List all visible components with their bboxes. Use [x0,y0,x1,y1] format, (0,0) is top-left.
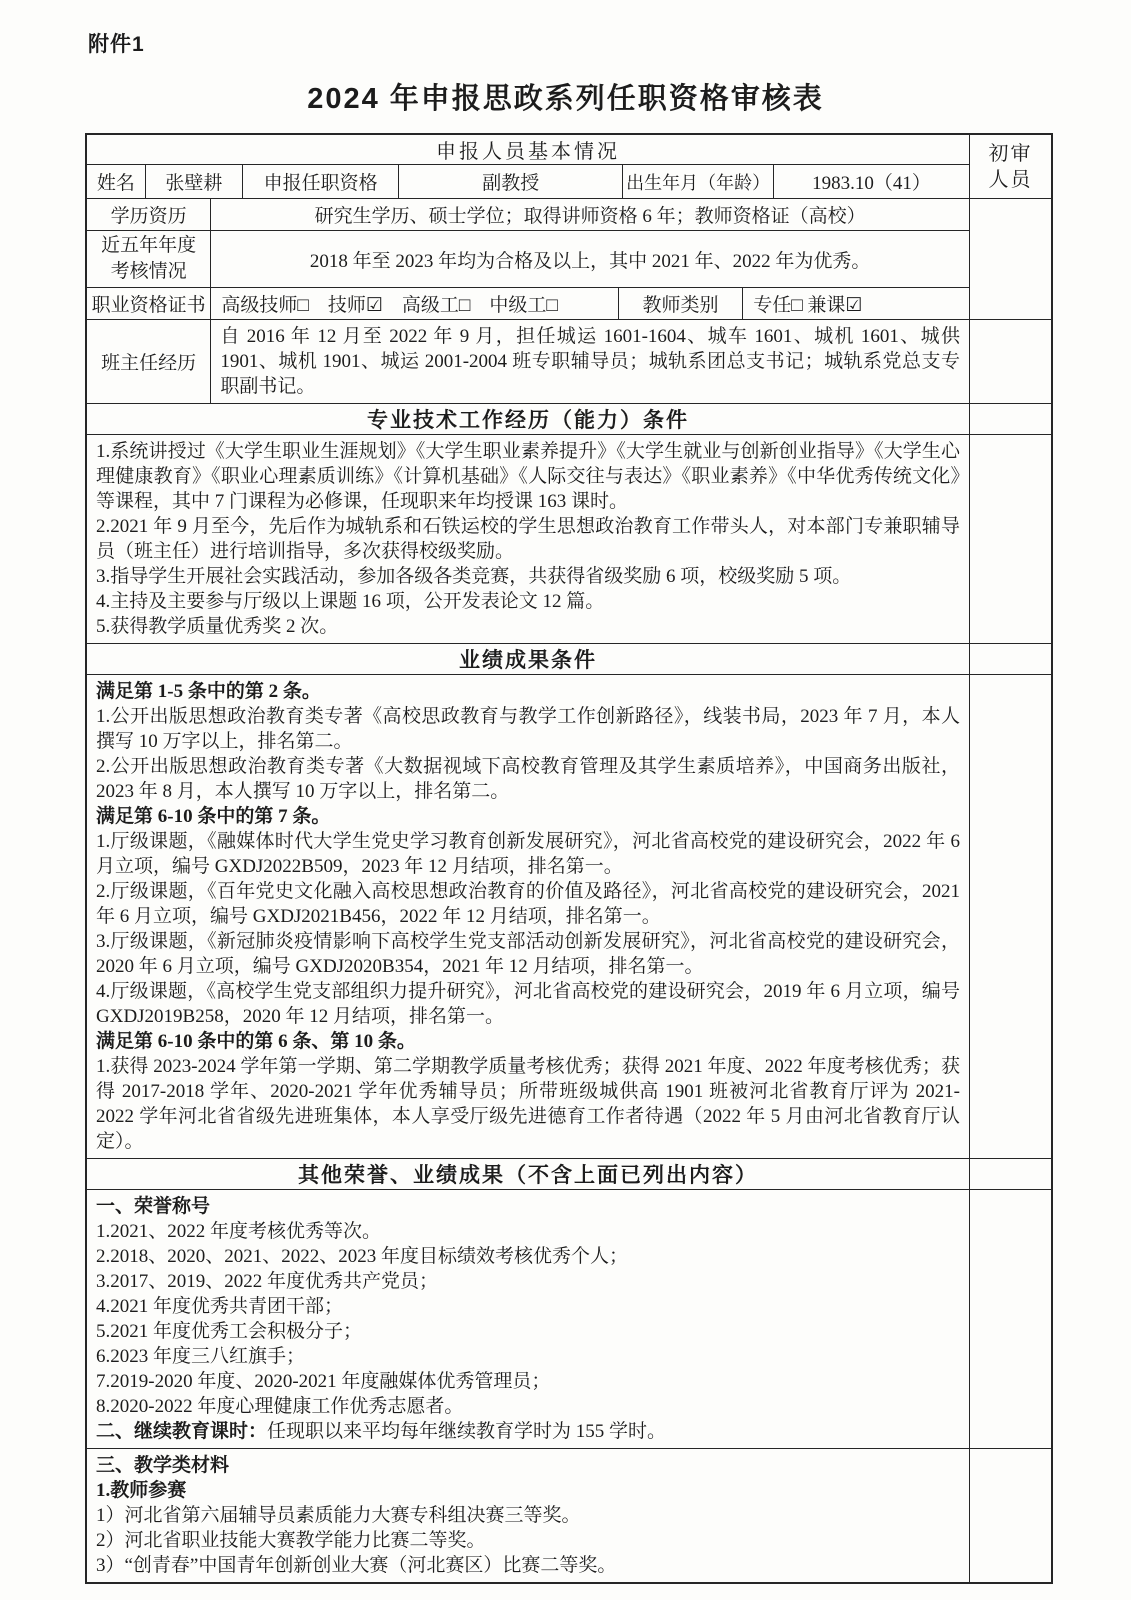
education-value: 研究生学历、硕士学位；取得讲师资格 6 年；教师资格证（高校） [211,199,969,230]
text-line: 三、教学类材料 [96,1453,960,1478]
text-line: 4.主持及主要参与厅级以上课题 16 项，公开发表论文 12 篇。 [96,589,960,614]
text-line: 满足第 6-10 条中的第 6 条、第 10 条。 [96,1029,960,1054]
name-label: 姓名 [87,165,146,198]
basic-info-header-row: 申报人员基本情况 [87,135,970,165]
text-line-bold-prefix: 二、继续教育课时： [96,1421,267,1442]
text-line: 3.指导学生开展社会实践活动，参加各级各类竞赛，共获得省级奖励 6 项，校级奖励… [96,564,960,589]
attachment-label: 附件1 [88,28,145,58]
certificate-label: 职业资格证书 [87,288,211,319]
text-line: 4.厅级课题，《高校学生党支部组织力提升研究》，河北省高校党的建设研究会，201… [96,979,960,1029]
text-line: 满足第 1-5 条中的第 2 条。 [96,679,960,704]
text-line: 3.2017、2019、2022 年度优秀共产党员； [96,1269,960,1294]
birth-date-label: 出生年月（年龄） [623,165,774,198]
text-line: 1.教师参赛 [96,1478,960,1503]
reviewer-label: 初审 人员 [989,141,1033,193]
text-line: 自 2016 年 12 月至 2022 年 9 月，担任城运 1601-1604… [220,324,960,399]
text-line: 8.2020-2022 年度心理健康工作优秀志愿者。 [96,1394,960,1419]
education-row: 学历资历 研究生学历、硕士学位；取得讲师资格 6 年；教师资格证（高校） [87,199,970,231]
apply-qualification-label: 申报任职资格 [243,165,399,198]
scanned-form-page: { "page": { "attachment": "附件1", "title"… [0,0,1131,1600]
other-honors-section-title: 其他荣誉、业绩成果（不含上面已列出内容） [87,1159,969,1189]
assessment-value: 2018 年至 2023 年均为合格及以上，其中 2021 年、2022 年为优… [211,231,969,287]
text-line: 2）河北省职业技能大赛教学能力比赛二等奖。 [96,1528,960,1553]
teacher-type-label: 教师类别 [619,288,743,319]
name-row: 姓名 张壁耕 申报任职资格 副教授 出生年月（年龄） 1983.10（41） [87,165,970,199]
text-line: 1.获得 2023-2024 学年第一学期、第二学期教学质量考核优秀；获得 20… [96,1054,960,1154]
education-label: 学历资历 [87,199,211,230]
text-line: 2.厅级课题，《百年党史文化融入高校思想政治教育的价值及路径》，河北省高校党的建… [96,879,960,929]
teacher-type-checkboxes: 专任□ 兼课☑ [743,288,969,319]
name-value: 张壁耕 [146,165,243,198]
other-honors-header-row: 其他荣誉、业绩成果（不含上面已列出内容） [87,1159,970,1190]
text-line: 5.获得教学质量优秀奖 2 次。 [96,614,960,639]
qualification-audit-table: 申报人员基本情况 姓名 张壁耕 申报任职资格 副教授 出生年月（年龄） 1983… [85,133,1053,1584]
honors-item-list: 一、荣誉称号1.2021、2022 年度考核优秀等次。2.2018、2020、2… [87,1190,969,1448]
achievements-header-row: 业绩成果条件 [87,644,970,675]
homeroom-row: 班主任经历 自 2016 年 12 月至 2022 年 9 月，担任城运 160… [87,320,970,404]
reviewer-empty-cell [970,644,1051,675]
text-line: 7.2019-2020 年度、2020-2021 年度融媒体优秀管理员； [96,1369,960,1394]
birth-date-value: 1983.10（41） [774,165,969,198]
reviewer-empty-cell [970,199,1051,320]
text-line: 5.2021 年度优秀工会积极分子； [96,1319,960,1344]
certificate-row: 职业资格证书 高级技师□ 技师☑ 高级工□ 中级工□ 教师类别 专任□ 兼课☑ [87,288,970,320]
text-line: 1.2021、2022 年度考核优秀等次。 [96,1219,960,1244]
reviewer-empty-cell [970,404,1051,435]
reviewer-empty-cell [970,1159,1051,1190]
text-line: 一、荣誉称号 [96,1194,960,1219]
homeroom-value: 自 2016 年 12 月至 2022 年 9 月，担任城运 1601-1604… [211,320,969,403]
reviewer-empty-cell [970,1449,1051,1582]
reviewer-empty-cell [970,1190,1051,1449]
apply-qualification-value: 副教授 [399,165,623,198]
text-line: 2.2018、2020、2021、2022、2023 年度目标绩效考核优秀个人； [96,1244,960,1269]
reviewer-empty-cell [970,320,1051,404]
reviewer-label-cell: 初审 人员 [970,135,1051,199]
professional-section-title: 专业技术工作经历（能力）条件 [87,404,969,434]
reviewer-empty-cell [970,675,1051,1159]
text-line: 4.2021 年度优秀共青团干部； [96,1294,960,1319]
professional-item-list: 1.系统讲授过《大学生职业生涯规划》《大学生职业素养提升》《大学生就业与创新创业… [87,435,969,643]
text-line: 3.厅级课题，《新冠肺炎疫情影响下高校学生党支部活动创新发展研究》，河北省高校党… [96,929,960,979]
assessment-label: 近五年年度 考核情况 [87,231,211,287]
text-line: 1.系统讲授过《大学生职业生涯规划》《大学生职业素养提升》《大学生就业与创新创业… [96,439,960,514]
achievements-section-title: 业绩成果条件 [87,644,969,674]
text-line: 2.2021 年 9 月至今，先后作为城轨系和石铁运校的学生思想政治教育工作带头… [96,514,960,564]
text-line: 1.厅级课题，《融媒体时代大学生党史学习教育创新发展研究》，河北省高校党的建设研… [96,829,960,879]
text-line: 2.公开出版思想政治教育类专著《大数据视域下高校教育管理及其学生素质培养》，中国… [96,754,960,804]
achievements-item-list: 满足第 1-5 条中的第 2 条。1.公开出版思想政治教育类专著《高校思政教育与… [87,675,969,1158]
professional-content-row: 1.系统讲授过《大学生职业生涯规划》《大学生职业素养提升》《大学生就业与创新创业… [87,435,970,644]
page-title: 2024 年申报思政系列任职资格审核表 [0,76,1131,117]
text-line: 3）“创青春”中国青年创新创业大赛（河北赛区）比赛二等奖。 [96,1553,960,1578]
honors-content-row: 一、荣誉称号1.2021、2022 年度考核优秀等次。2.2018、2020、2… [87,1190,970,1449]
achievements-content-row: 满足第 1-5 条中的第 2 条。1.公开出版思想政治教育类专著《高校思政教育与… [87,675,970,1159]
homeroom-label: 班主任经历 [87,320,211,403]
reviewer-empty-cell [970,435,1051,644]
teaching-content-row: 三、教学类材料1.教师参赛1）河北省第六届辅导员素质能力大赛专科组决赛三等奖。2… [87,1449,970,1582]
text-line: 满足第 6-10 条中的第 7 条。 [96,804,960,829]
text-line: 1）河北省第六届辅导员素质能力大赛专科组决赛三等奖。 [96,1503,960,1528]
text-line: 二、继续教育课时：任现职以来平均每年继续教育学时为 155 学时。 [96,1419,960,1444]
text-line: 6.2023 年度三八红旗手； [96,1344,960,1369]
certificate-checkboxes: 高级技师□ 技师☑ 高级工□ 中级工□ [211,288,618,319]
professional-header-row: 专业技术工作经历（能力）条件 [87,404,970,435]
teaching-item-list: 三、教学类材料1.教师参赛1）河北省第六届辅导员素质能力大赛专科组决赛三等奖。2… [87,1449,969,1582]
assessment-row: 近五年年度 考核情况 2018 年至 2023 年均为合格及以上，其中 2021… [87,231,970,288]
basic-info-section-title: 申报人员基本情况 [87,135,969,164]
text-line: 1.公开出版思想政治教育类专著《高校思政教育与教学工作创新路径》，线装书局，20… [96,704,960,754]
